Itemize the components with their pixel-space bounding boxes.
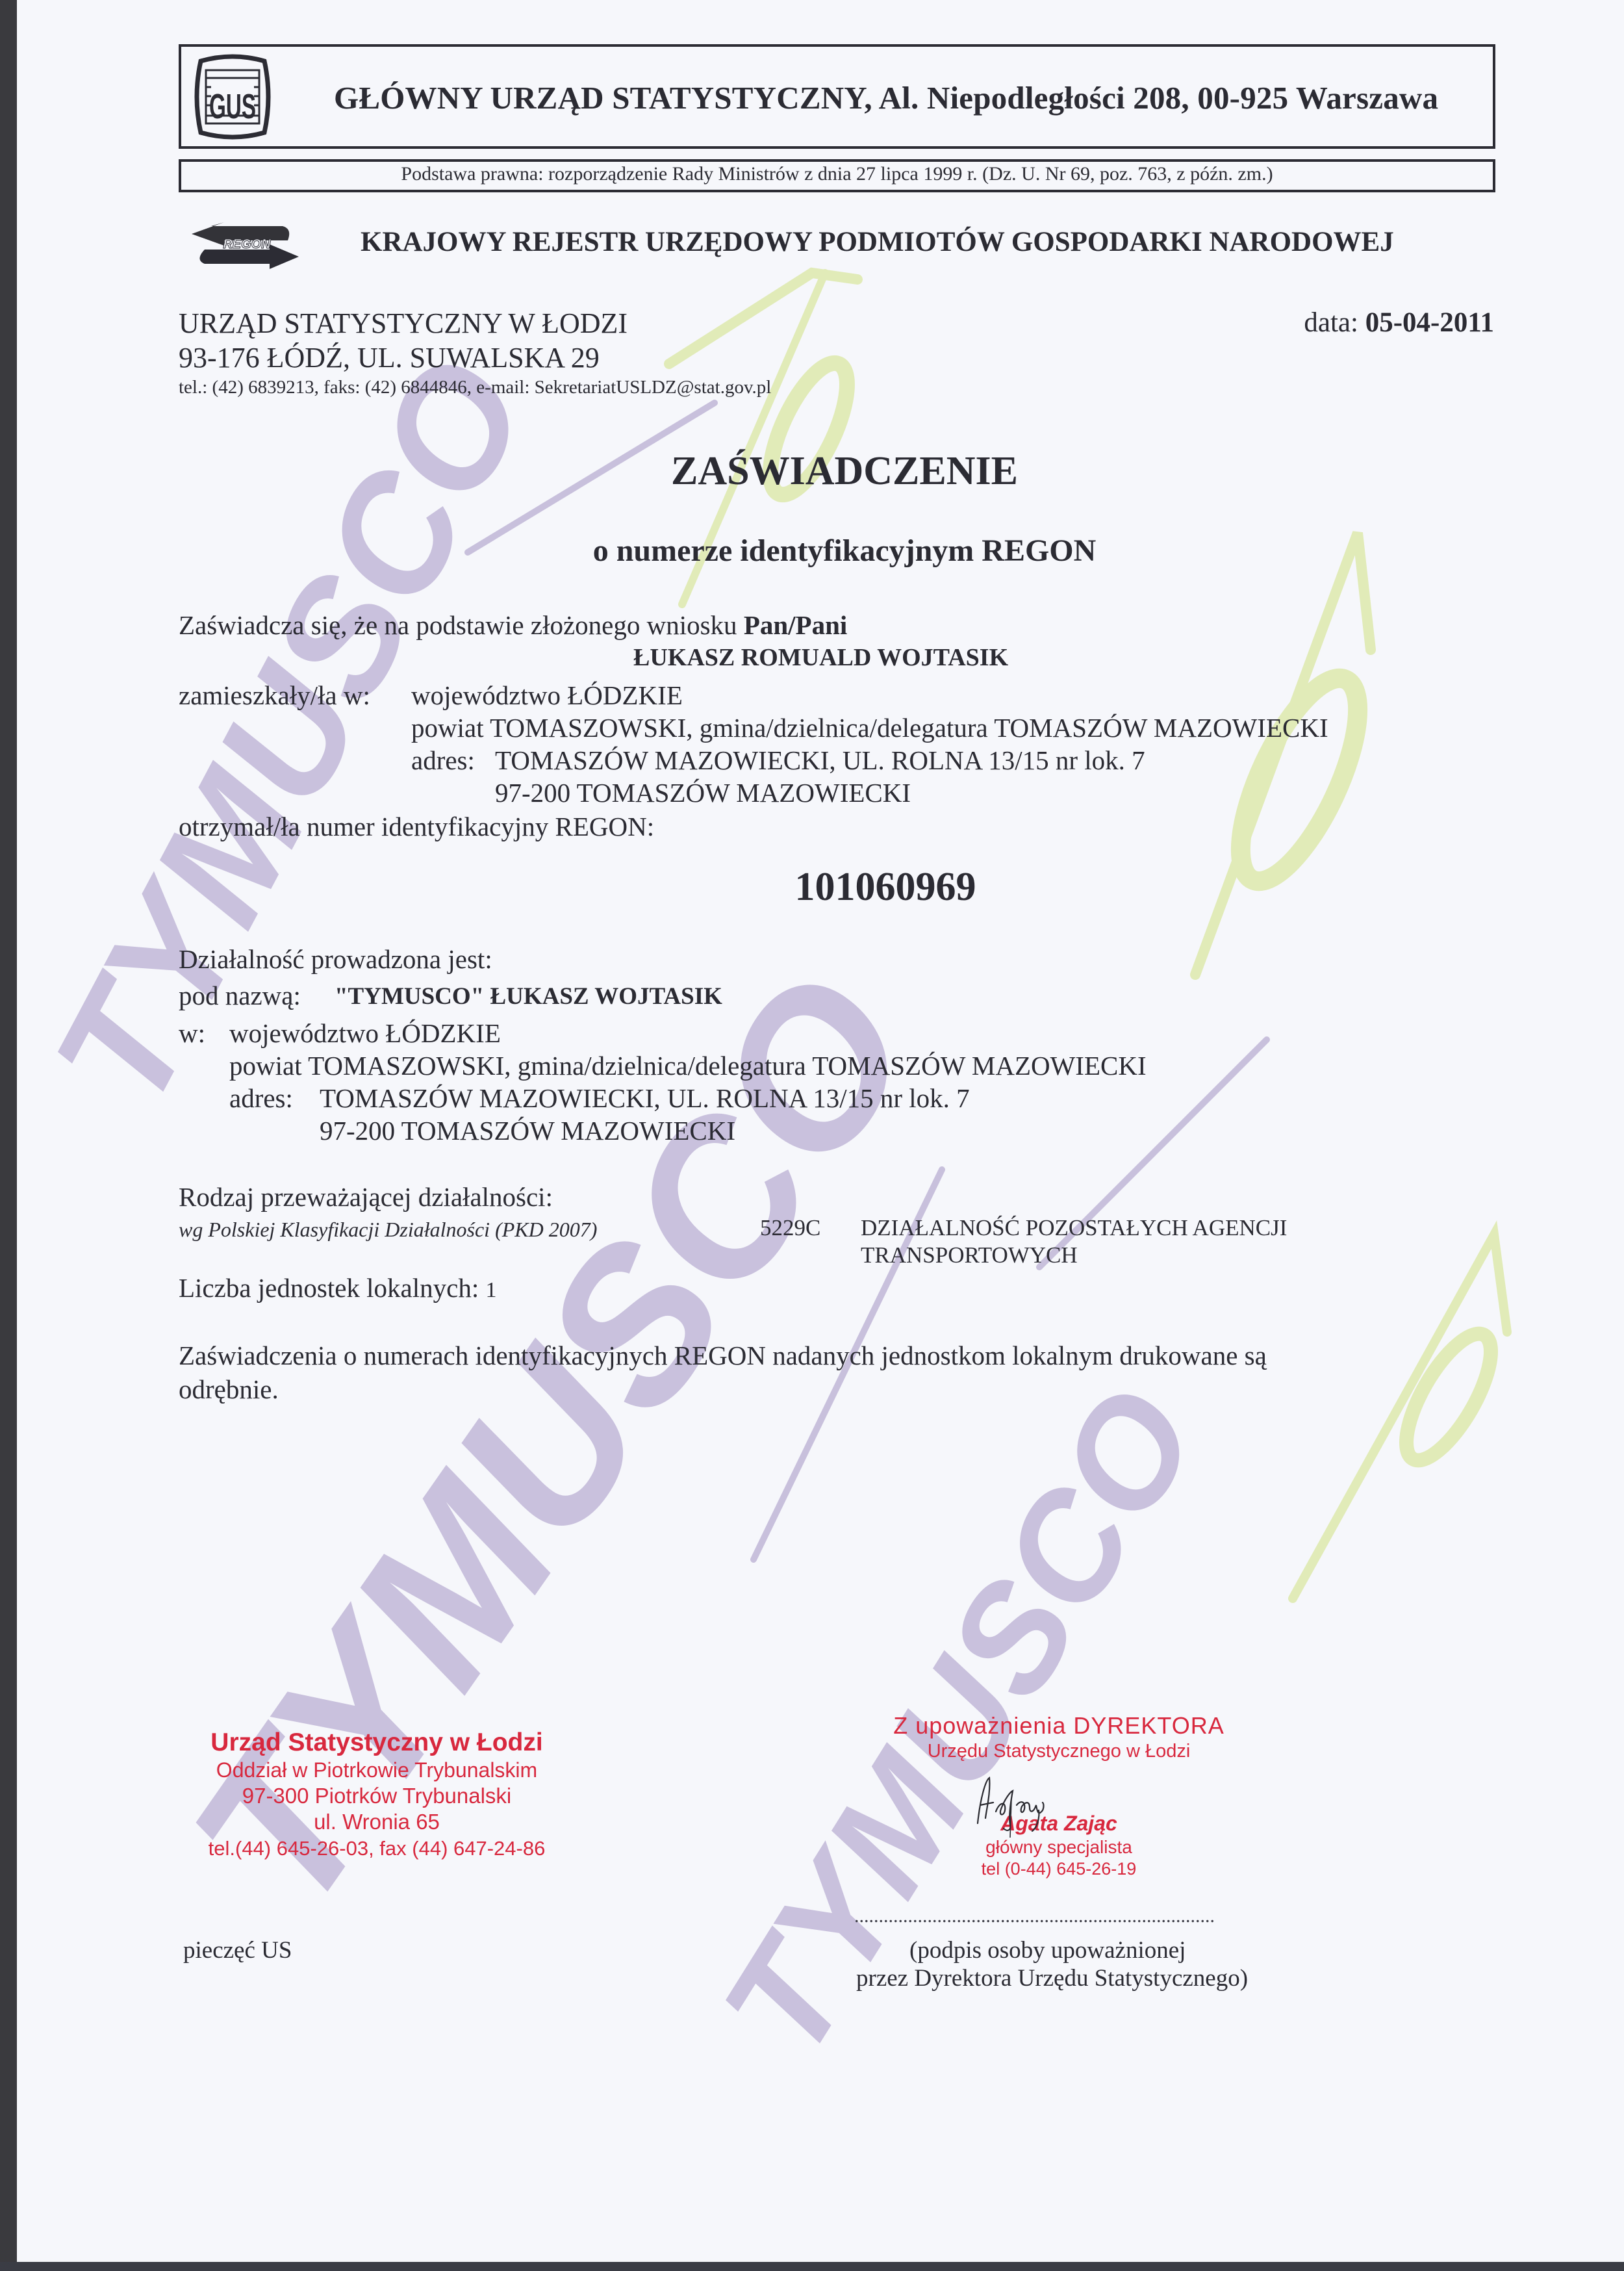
legal-basis-text: Podstawa prawna: rozporządzenie Rady Min… (181, 163, 1493, 185)
local-units-count: 1 (485, 1278, 496, 1302)
stamp-left-line1: Urząd Statystyczny w Łodzi (182, 1728, 572, 1757)
business-name-label: pod nazwą: (179, 980, 301, 1011)
scan-border-left (0, 0, 17, 2271)
intro-bold: Pan/Pani (744, 610, 847, 640)
issue-date: data: 05-04-2011 (1304, 307, 1494, 339)
office-address: 93-176 ŁÓDŹ, UL. SUWALSKA 29 (179, 341, 600, 374)
received-label: otrzymał/ła numer identyfikacyjny REGON: (179, 811, 654, 842)
stamp-right-line2: Urzędu Statystycznego w Łodzi (838, 1741, 1280, 1762)
business-address-line1: TOMASZÓW MAZOWIECKI, UL. ROLNA 13/15 nr … (320, 1083, 970, 1114)
header-box: GUS GŁÓWNY URZĄD STATYSTYCZNY, Al. Niepo… (179, 44, 1495, 149)
signature-caption-line2: przez Dyrektora Urzędu Statystycznego) (856, 1964, 1248, 1992)
document-subtitle: o numerze identyfikacyjnym REGON (0, 533, 1624, 569)
residence-label: zamieszkały/ła w: (179, 680, 370, 711)
regon-logo-icon: REGON (185, 221, 302, 270)
business-intro: Działalność prowadzona jest: (179, 943, 492, 975)
stamp-left-line5: tel.(44) 645-26-03, fax (44) 647-24-86 (182, 1837, 572, 1860)
registry-title: KRAJOWY REJESTR URZĘDOWY PODMIOTÓW GOSPO… (361, 226, 1394, 258)
gus-logo-icon: GUS (192, 53, 273, 140)
business-location-label: w: (179, 1018, 205, 1049)
stamp-right-line1: Z upoważnienia DYREKTORA (838, 1712, 1280, 1739)
residence-address-line1: TOMASZÓW MAZOWIECKI, UL. ROLNA 13/15 nr … (495, 745, 1145, 776)
signature-caption-line1: (podpis osoby upoważnionej (909, 1936, 1186, 1964)
residence-district: powiat TOMASZOWSKI, gmina/dzielnica/dele… (411, 712, 1328, 743)
document-title: ZAŚWIADCZENIE (0, 448, 1624, 494)
business-district: powiat TOMASZOWSKI, gmina/dzielnica/dele… (229, 1050, 1147, 1081)
date-label: data: (1304, 307, 1358, 338)
local-units-label: Liczba jednostek lokalnych: (179, 1273, 479, 1303)
handwritten-signature (971, 1773, 1075, 1838)
svg-text:REGON: REGON (223, 237, 271, 251)
stamp-left-line2: Oddział w Piotrkowie Trybunalskim (182, 1758, 572, 1782)
local-units: Liczba jednostek lokalnych: 1 (179, 1272, 496, 1303)
business-name: "TYMUSCO" ŁUKASZ WOJTASIK (335, 982, 722, 1010)
business-address-label: adres: (229, 1083, 293, 1114)
person-name: ŁUKASZ ROMUALD WOJTASIK (633, 643, 1008, 672)
residence-address-line2: 97-200 TOMASZÓW MAZOWIECKI (495, 777, 911, 808)
stamp-left-line3: 97-300 Piotrków Trybunalski (182, 1784, 572, 1808)
note-line2: odrębnie. (179, 1374, 279, 1405)
activity-desc-line1: DZIAŁALNOŚĆ POZOSTAŁYCH AGENCJI (861, 1215, 1287, 1241)
business-address-line2: 97-200 TOMASZÓW MAZOWIECKI (320, 1115, 735, 1146)
activity-code: 5229C (760, 1215, 820, 1241)
legal-basis-box: Podstawa prawna: rozporządzenie Rady Min… (179, 159, 1495, 192)
stamp-signer-role: główny specjalista (838, 1837, 1280, 1858)
date-value: 05-04-2011 (1365, 307, 1494, 338)
svg-text:GUS: GUS (209, 87, 256, 126)
business-voivodeship: województwo ŁÓDZKIE (229, 1018, 501, 1049)
stamp-left-line4: ul. Wronia 65 (182, 1810, 572, 1834)
activity-classification: wg Polskiej Klasyfikacji Działalności (P… (179, 1218, 597, 1242)
scan-border-bottom (0, 2262, 1624, 2271)
regon-number: 101060969 (0, 864, 1624, 910)
header-title: GŁÓWNY URZĄD STATYSTYCZNY, Al. Niepodleg… (334, 79, 1438, 116)
signature-line: ........................................… (854, 1905, 1215, 1927)
intro-text: Zaświadcza się, że na podstawie złożoneg… (179, 610, 737, 640)
activity-desc-line2: TRANSPORTOWYCH (861, 1242, 1078, 1268)
note-line1: Zaświadczenia o numerach identyfikacyjny… (179, 1340, 1267, 1371)
residence-address-label: adres: (411, 745, 475, 776)
intro-line: Zaświadcza się, że na podstawie złożoneg… (179, 609, 847, 641)
seal-label: pieczęć US (183, 1936, 292, 1964)
office-stamp: Urząd Statystyczny w Łodzi Oddział w Pio… (182, 1728, 572, 1860)
residence-voivodeship: województwo ŁÓDZKIE (411, 680, 683, 711)
office-contact: tel.: (42) 6839213, faks: (42) 6844846, … (179, 377, 771, 398)
stamp-signer-phone: tel (0-44) 645-26-19 (838, 1859, 1280, 1879)
activity-label: Rodzaj przeważającej działalności: (179, 1181, 553, 1212)
office-name: URZĄD STATYSTYCZNY W ŁODZI (179, 307, 628, 340)
